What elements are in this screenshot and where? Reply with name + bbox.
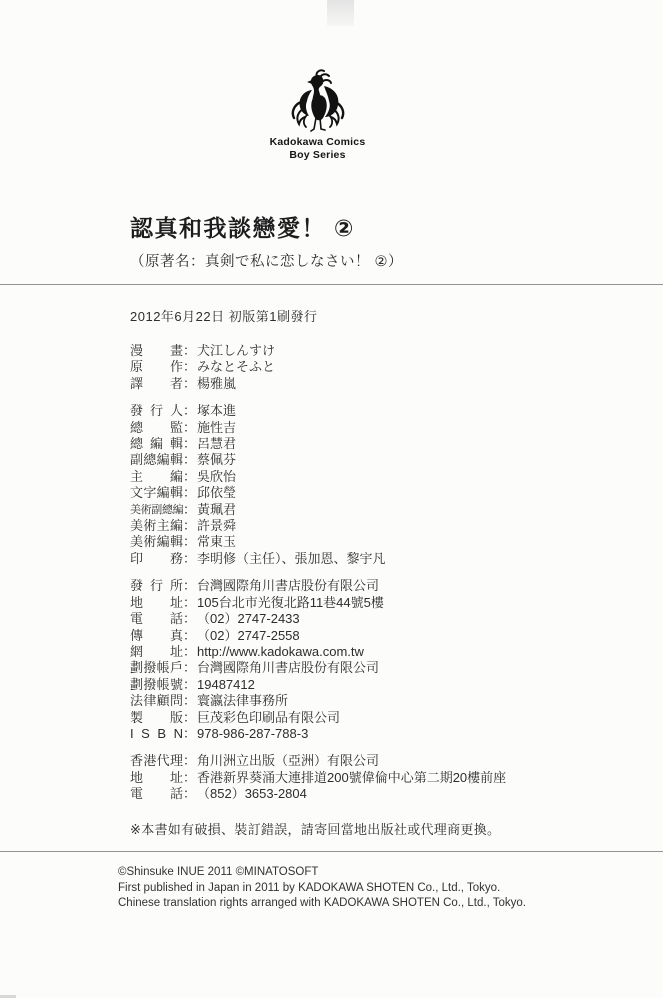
credit-value: 犬江しんすけ xyxy=(197,343,275,359)
credit-colon: ： xyxy=(183,452,197,468)
credit-label: I S B N xyxy=(130,726,183,742)
credit-value: 黃珮君 xyxy=(197,502,236,518)
copyright-line-2: First published in Japan in 2011 by KADO… xyxy=(118,881,526,897)
credit-label: 漫畫 xyxy=(130,343,183,359)
credit-row: 副總編輯 ： 蔡佩芬 xyxy=(130,452,506,468)
divider-bottom xyxy=(0,851,663,852)
copyright-line-3: Chinese translation rights arranged with… xyxy=(118,896,526,912)
credit-value: 常東玉 xyxy=(197,534,236,550)
credit-label: 主編 xyxy=(130,469,183,485)
credit-row: 電話 ： （02）2747-2433 xyxy=(130,611,506,627)
credit-row: 總監 ： 施性吉 xyxy=(130,420,506,436)
credit-row: 印務 ： 李明修（主任）、張加恩、黎宇凡 xyxy=(130,551,506,567)
edition-line: 2012年6月22日 初版第1刷發行 xyxy=(130,306,506,325)
original-title: （原著名：真剣で私に恋しなさい！ ②） xyxy=(130,250,403,271)
credit-value: 楊雅嵐 xyxy=(197,376,236,392)
credit-label: 總監 xyxy=(130,420,183,436)
authors-section: 漫畫 ： 犬江しんすけ 原作 ： みなとそふと 譯者 ： 楊雅嵐 xyxy=(130,343,506,392)
credit-colon: ： xyxy=(183,644,197,660)
credit-row: 譯者 ： 楊雅嵐 xyxy=(130,376,506,392)
credit-label: 香港代理 xyxy=(130,753,183,769)
credit-row: 發行所 ： 台灣國際角川書店股份有限公司 xyxy=(130,578,506,594)
credit-row: 主編 ： 吳欣怡 xyxy=(130,469,506,485)
credit-colon: ： xyxy=(183,403,197,419)
credit-colon: ： xyxy=(183,710,197,726)
credit-row: 劃撥帳戶 ： 台灣國際角川書店股份有限公司 xyxy=(130,660,506,676)
credit-row: 文字編輯 ： 邱依瑩 xyxy=(130,485,506,501)
credit-label: 美術編輯 xyxy=(130,534,183,550)
credit-row: 總編輯 ： 呂慧君 xyxy=(130,436,506,452)
credit-row: 發行人 ： 塚本進 xyxy=(130,403,506,419)
credit-value: 19487412 xyxy=(197,677,255,693)
credit-value: http://www.kadokawa.com.tw xyxy=(197,644,364,660)
credit-colon: ： xyxy=(183,726,197,742)
credit-value: 角川洲立出版（亞洲）有限公司 xyxy=(197,753,379,769)
credit-row: 美術編輯 ： 常東玉 xyxy=(130,534,506,550)
credit-colon: ： xyxy=(183,628,197,644)
credit-colon: ： xyxy=(183,436,197,452)
book-title: 認真和我談戀愛！ ② xyxy=(130,210,403,243)
credit-value: 塚本進 xyxy=(197,403,236,419)
credit-row: 網址 ： http://www.kadokawa.com.tw xyxy=(130,644,506,660)
credit-row: 劃撥帳號 ： 19487412 xyxy=(130,677,506,693)
credit-colon: ： xyxy=(183,551,197,567)
credit-row: 美術副總編 ： 黃珮君 xyxy=(130,502,506,518)
credit-value: 施性吉 xyxy=(197,420,236,436)
credit-label: 譯者 xyxy=(130,376,183,392)
credit-label: 地址 xyxy=(130,595,183,611)
credit-row: 地址 ： 香港新界葵涌大連排道200號偉倫中心第二期20樓前座 xyxy=(130,770,506,786)
credit-value: 許景舜 xyxy=(197,518,236,534)
credit-row: 法律顧問 ： 寰瀛法律事務所 xyxy=(130,693,506,709)
credit-colon: ： xyxy=(183,376,197,392)
credit-colon: ： xyxy=(183,660,197,676)
credit-label: 劃撥帳戶 xyxy=(130,660,183,676)
credit-colon: ： xyxy=(183,485,197,501)
credit-value: （02）2747-2433 xyxy=(197,611,300,627)
credit-colon: ： xyxy=(183,595,197,611)
phoenix-logo-icon xyxy=(287,68,349,134)
credit-value: 台灣國際角川書店股份有限公司 xyxy=(197,578,379,594)
credit-label: 法律顧問 xyxy=(130,693,183,709)
credit-value: （02）2747-2558 xyxy=(197,628,300,644)
credit-colon: ： xyxy=(183,343,197,359)
publisher-section: 發行所 ： 台灣國際角川書店股份有限公司 地址 ： 105台北市光復北路11巷4… xyxy=(130,578,506,742)
scan-artifact-top xyxy=(327,0,354,26)
credit-label: 電話 xyxy=(130,786,183,802)
credit-value: 巨茂彩色印刷品有限公司 xyxy=(197,710,340,726)
credit-label: 傳真 xyxy=(130,628,183,644)
credit-value: 978-986-287-788-3 xyxy=(197,726,308,742)
damage-notice: ※本書如有破損、裝訂錯誤，請寄回當地出版社或代理商更換。 xyxy=(130,819,506,838)
credit-colon: ： xyxy=(183,693,197,709)
credit-value: 李明修（主任）、張加恩、黎宇凡 xyxy=(197,551,386,567)
credit-label: 劃撥帳號 xyxy=(130,677,183,693)
credit-colon: ： xyxy=(183,677,197,693)
credit-colon: ： xyxy=(183,534,197,550)
credit-colon: ： xyxy=(183,770,197,786)
copyright-line-1: ©Shinsuke INUE 2011 ©MINATOSOFT xyxy=(118,865,526,881)
credit-label: 地址 xyxy=(130,770,183,786)
credit-colon: ： xyxy=(183,518,197,534)
credit-value: 台灣國際角川書店股份有限公司 xyxy=(197,660,379,676)
credit-colon: ： xyxy=(183,502,197,518)
credit-colon: ： xyxy=(183,420,197,436)
credit-row: 香港代理 ： 角川洲立出版（亞洲）有限公司 xyxy=(130,753,506,769)
credit-label: 美術副總編 xyxy=(130,502,183,518)
credit-label: 美術主編 xyxy=(130,518,183,534)
staff-section: 發行人 ： 塚本進 總監 ： 施性吉 總編輯 ： 呂慧君 副總編輯 xyxy=(130,403,506,567)
credit-row: 地址 ： 105台北市光復北路11巷44號5樓 xyxy=(130,595,506,611)
credit-value: みなとそふと xyxy=(197,359,275,375)
credit-label: 網址 xyxy=(130,644,183,660)
credit-label: 電話 xyxy=(130,611,183,627)
credit-colon: ： xyxy=(183,611,197,627)
credit-value: 105台北市光復北路11巷44號5樓 xyxy=(197,595,384,611)
credit-row: 傳真 ： （02）2747-2558 xyxy=(130,628,506,644)
copyright-block: ©Shinsuke INUE 2011 ©MINATOSOFT First pu… xyxy=(118,865,526,912)
credit-row: 原作 ： みなとそふと xyxy=(130,359,506,375)
logo-caption: Kadokawa Comics Boy Series xyxy=(0,136,649,161)
credit-value: 吳欣怡 xyxy=(197,469,236,485)
credit-label: 印務 xyxy=(130,551,183,567)
colophon-content: 2012年6月22日 初版第1刷發行 漫畫 ： 犬江しんすけ 原作 ： みなとそ… xyxy=(130,306,506,838)
credit-label: 原作 xyxy=(130,359,183,375)
credit-row: 電話 ： （852）3653-2804 xyxy=(130,786,506,802)
credit-colon: ： xyxy=(183,578,197,594)
credit-colon: ： xyxy=(183,359,197,375)
publisher-logo: Kadokawa Comics Boy Series xyxy=(0,68,649,161)
logo-caption-line2: Boy Series xyxy=(0,149,649,162)
credit-label: 副總編輯 xyxy=(130,452,183,468)
credit-colon: ： xyxy=(183,753,197,769)
credit-value: 呂慧君 xyxy=(197,436,236,452)
credit-value: 邱依瑩 xyxy=(197,485,236,501)
credit-value: 寰瀛法律事務所 xyxy=(197,693,288,709)
title-block: 認真和我談戀愛！ ② （原著名：真剣で私に恋しなさい！ ②） xyxy=(130,210,403,271)
logo-caption-line1: Kadokawa Comics xyxy=(0,136,649,149)
credit-row: 製版 ： 巨茂彩色印刷品有限公司 xyxy=(130,710,506,726)
credit-value: （852）3653-2804 xyxy=(197,786,307,802)
credit-row: 漫畫 ： 犬江しんすけ xyxy=(130,343,506,359)
credit-colon: ： xyxy=(183,786,197,802)
hk-agent-section: 香港代理 ： 角川洲立出版（亞洲）有限公司 地址 ： 香港新界葵涌大連排道200… xyxy=(130,753,506,802)
credit-label: 發行人 xyxy=(130,403,183,419)
divider-top xyxy=(0,284,663,285)
credit-value: 香港新界葵涌大連排道200號偉倫中心第二期20樓前座 xyxy=(197,770,506,786)
credit-value: 蔡佩芬 xyxy=(197,452,236,468)
credit-row: 美術主編 ： 許景舜 xyxy=(130,518,506,534)
credit-label: 製版 xyxy=(130,710,183,726)
credit-label: 總編輯 xyxy=(130,436,183,452)
colophon-page: Kadokawa Comics Boy Series 認真和我談戀愛！ ② （原… xyxy=(0,0,663,998)
credit-row: I S B N ： 978-986-287-788-3 xyxy=(130,726,506,742)
credit-label: 文字編輯 xyxy=(130,485,183,501)
credit-label: 發行所 xyxy=(130,578,183,594)
credit-colon: ： xyxy=(183,469,197,485)
